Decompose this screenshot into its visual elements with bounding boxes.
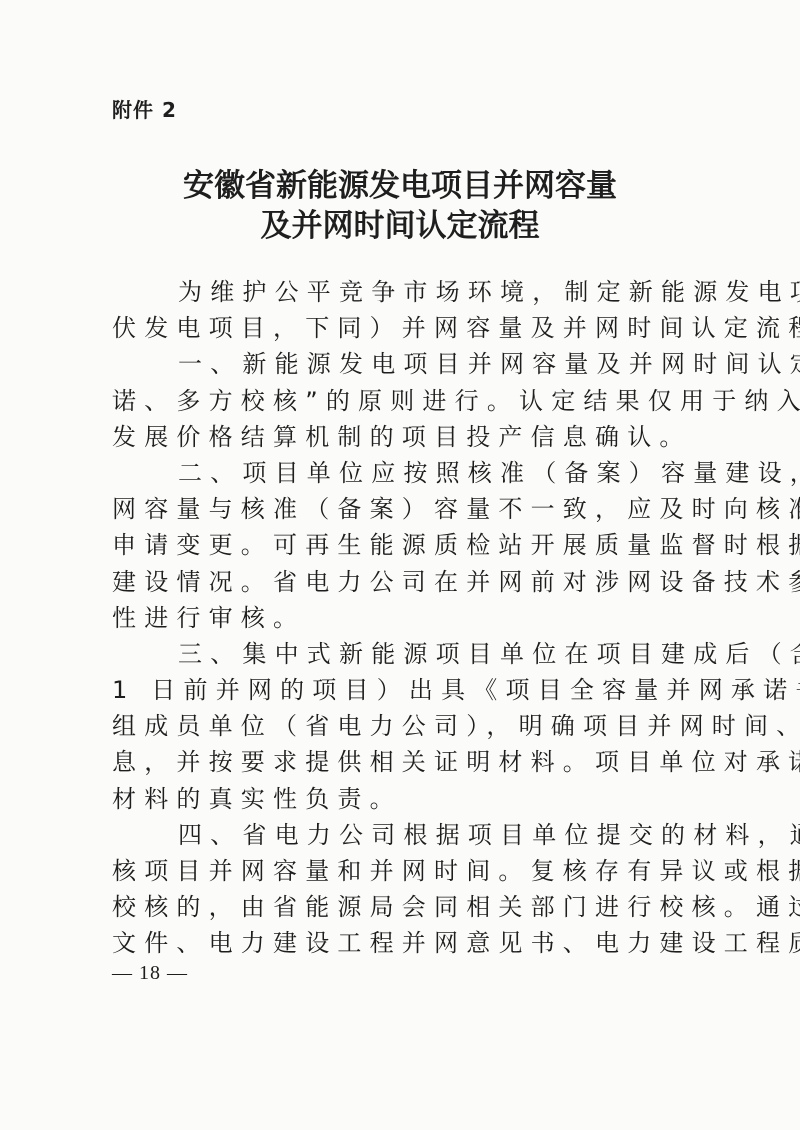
text-line: 为维护公平竞争市场环境，制定新能源发电项目（风电、光 [112, 274, 712, 310]
text-line: 申请变更。可再生能源质检站开展质量监督时根据职责检查项目 [112, 527, 712, 563]
paragraph-section-3: 三、集中式新能源项目单位在项目建成后（含 2025 年 6 月 1 日前并网的项… [112, 636, 712, 817]
text-line: 1 日前并网的项目）出具《项目全容量并网承诺书》报竞价工作 [112, 672, 712, 708]
text-line: 组成员单位（省电力公司），明确项目并网时间、并网容量等信 [112, 708, 712, 744]
paragraph-section-1: 一、新能源发电项目并网容量及并网时间认定按照“企业承 诺、多方校核”的原则进行。… [112, 346, 712, 455]
text-line: 四、省电力公司根据项目单位提交的材料，通过形式审查复 [112, 817, 712, 853]
text-line: 息，并按要求提供相关证明材料。项目单位对承诺书内容和证明 [112, 744, 712, 780]
text-line: 建设情况。省电力公司在并网前对涉网设备技术参数及资料完整 [112, 564, 712, 600]
text-line: 三、集中式新能源项目单位在项目建成后（含 2025 年 6 月 [112, 636, 712, 672]
text-line: 二、项目单位应按照核准（备案）容量建设，若实际建成并 [112, 455, 712, 491]
text-line: 性进行审核。 [112, 600, 712, 636]
text-line: 发展价格结算机制的项目投产信息确认。 [112, 419, 712, 455]
text-line: 核项目并网容量和并网时间。复核存有异议或根据有关要求需要 [112, 853, 712, 889]
text-line: 一、新能源发电项目并网容量及并网时间认定按照“企业承 [112, 346, 712, 382]
text-line: 伏发电项目，下同）并网容量及并网时间认定流程。 [112, 310, 712, 346]
document-body: 为维护公平竞争市场环境，制定新能源发电项目（风电、光 伏发电项目，下同）并网容量… [112, 274, 712, 962]
paragraph-section-2: 二、项目单位应按照核准（备案）容量建设，若实际建成并 网容量与核准（备案）容量不… [112, 455, 712, 636]
text-line: 文件、电力建设工程并网意见书、电力建设工程质量监督报告、 [112, 925, 712, 961]
paragraph-section-4: 四、省电力公司根据项目单位提交的材料，通过形式审查复 核项目并网容量和并网时间。… [112, 817, 712, 962]
text-line: 诺、多方校核”的原则进行。认定结果仅用于纳入新能源可持续 [112, 383, 712, 419]
document-title-line-1: 安徽省新能源发电项目并网容量 [0, 160, 800, 205]
document-title-line-2: 及并网时间认定流程 [0, 200, 800, 245]
paragraph-intro: 为维护公平竞争市场环境，制定新能源发电项目（风电、光 伏发电项目，下同）并网容量… [112, 274, 712, 346]
attachment-label: 附件 2 [112, 94, 177, 123]
page-number: — 18 — [112, 962, 188, 985]
text-line: 校核的，由省能源局会同相关部门进行校核。通过核准（备案） [112, 889, 712, 925]
text-line: 网容量与核准（备案）容量不一致，应及时向核准（备案）部门 [112, 491, 712, 527]
text-line: 材料的真实性负责。 [112, 781, 712, 817]
